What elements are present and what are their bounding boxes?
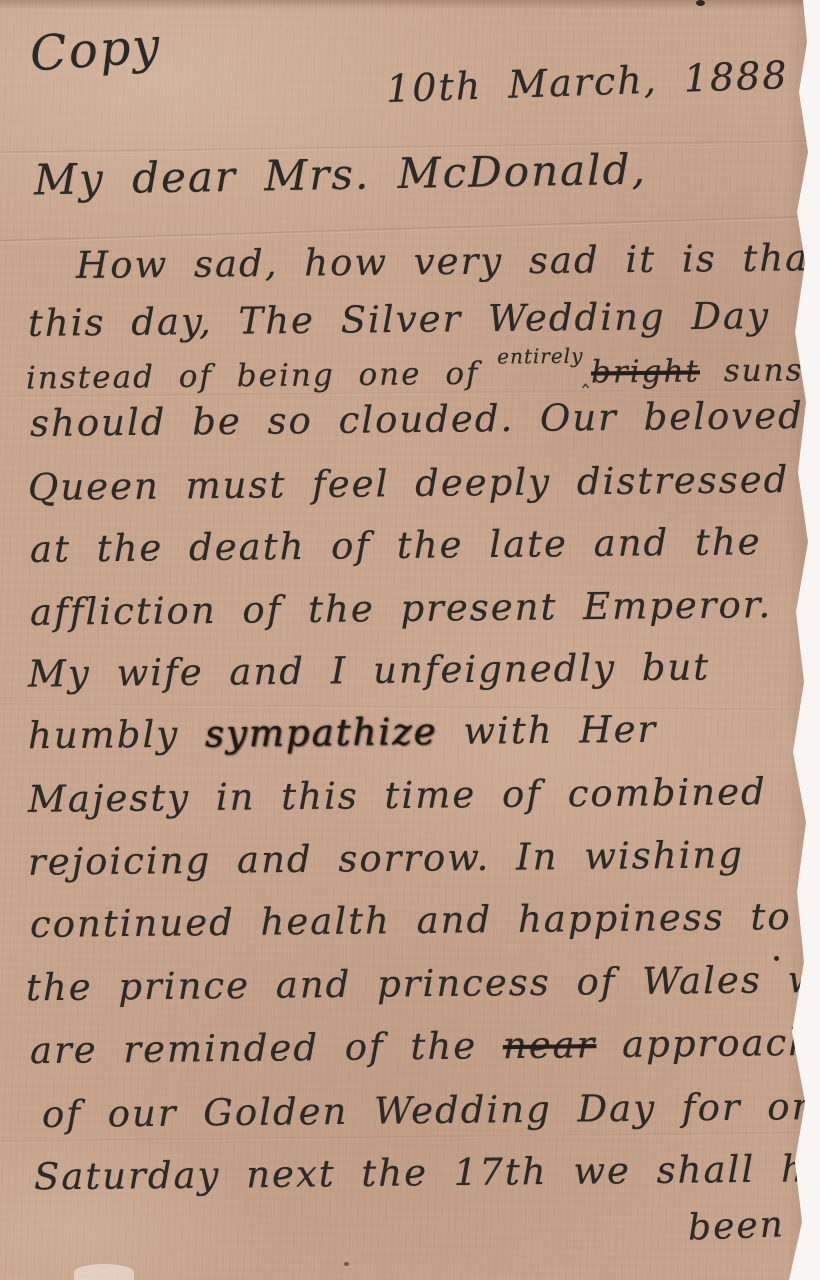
- letter-line: at the death of the late and the: [30, 520, 762, 571]
- line-text: approach: [596, 1021, 814, 1066]
- line-text: at the death of the late and the: [30, 520, 762, 571]
- letter-line: this day, The Silver Wedding Day: [28, 294, 770, 345]
- struck-word: near: [503, 1023, 597, 1067]
- line-text: should be so clouded. Our beloved: [30, 394, 804, 445]
- letter-line: Saturday next the 17th we shall have: [34, 1147, 820, 1199]
- smudged-word: sympathize: [205, 710, 438, 755]
- line-text: the prince and princess of Wales we: [26, 958, 820, 1010]
- catchword: been: [687, 1204, 785, 1248]
- letter-line: affliction of the present Emperor.: [30, 583, 773, 634]
- letter-line: humbly sympathize with Her: [28, 708, 658, 758]
- letter-line: are reminded of the near approach: [30, 1021, 815, 1072]
- salutation: My dear Mrs. McDonald,: [34, 145, 648, 205]
- letter-page: Copy 10th March, 1888 My dear Mrs. McDon…: [0, 0, 820, 1280]
- line-text: humbly: [28, 712, 205, 757]
- line-text: are reminded of the: [30, 1024, 503, 1072]
- copy-annotation: Copy: [28, 17, 163, 82]
- letter-line: of our Golden Wedding Day for on: [42, 1085, 818, 1136]
- letter-line: should be so clouded. Our beloved: [30, 394, 804, 445]
- line-text: Saturday next the 17th we shall have: [34, 1147, 820, 1199]
- letter-line: Majesty in this time of combined: [28, 770, 767, 821]
- line-text: of our Golden Wedding Day for on: [42, 1085, 818, 1136]
- scan-background: Copy 10th March, 1888 My dear Mrs. McDon…: [0, 0, 820, 1280]
- letter-line: My wife and I unfeignedly but: [28, 645, 711, 695]
- line-text: My wife and I unfeignedly but: [28, 645, 711, 695]
- line-text: affliction of the present Emperor.: [30, 583, 773, 634]
- letter-line: continued health and happiness to: [30, 895, 792, 946]
- date-line: 10th March, 1888: [385, 53, 789, 111]
- letter-line: Queen must feel deeply distressed: [28, 458, 790, 509]
- struck-word: bright: [591, 353, 700, 390]
- insertion-caret: ‸: [582, 364, 592, 389]
- letter-line: the prince and princess of Wales we: [26, 958, 820, 1010]
- line-text: sunshine: [700, 352, 820, 390]
- line-text: this day, The Silver Wedding Day: [28, 294, 770, 345]
- paper-speck: [696, 0, 705, 6]
- line-text: instead of being one of: [26, 355, 504, 396]
- paper-speck: [344, 1262, 349, 1266]
- letter-line: rejoicing and sorrow. In wishing: [28, 833, 744, 883]
- line-text: Majesty in this time of combined: [28, 770, 767, 821]
- line-text: Queen must feel deeply distressed: [28, 458, 790, 509]
- line-text: rejoicing and sorrow. In wishing: [28, 833, 744, 883]
- line-text: with Her: [437, 708, 657, 753]
- letter-line: How sad, how very sad it is that: [76, 236, 820, 287]
- letter-line: instead of being one of entirely‸bright …: [26, 352, 820, 397]
- paper-chip: [74, 1264, 134, 1280]
- line-text: How sad, how very sad it is that: [76, 236, 820, 287]
- line-text: continued health and happiness to: [30, 895, 792, 946]
- interlinear-insertion: entirely: [497, 344, 583, 369]
